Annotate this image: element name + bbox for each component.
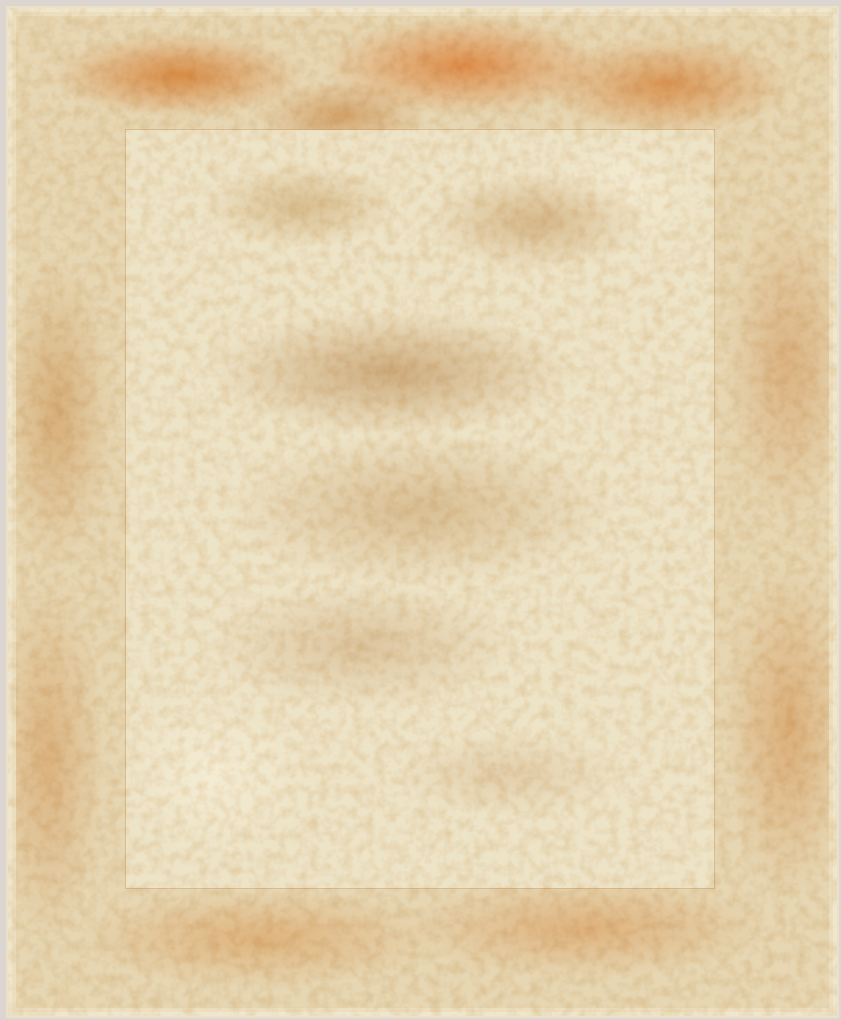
rug-photo bbox=[0, 0, 841, 1020]
rug bbox=[6, 6, 839, 1018]
rug-texture bbox=[8, 8, 837, 1016]
